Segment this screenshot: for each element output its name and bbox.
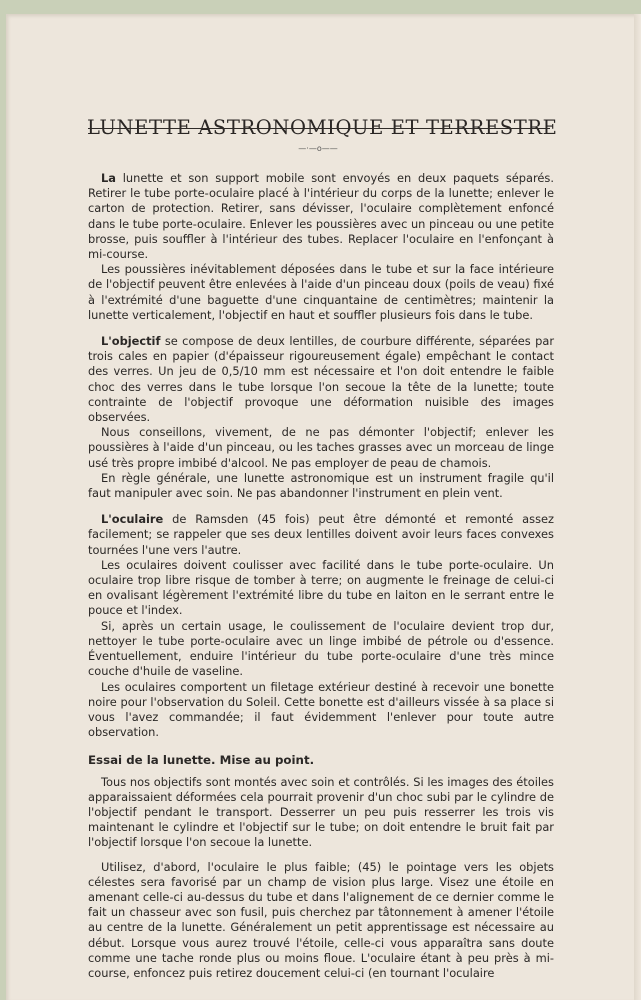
page-edge <box>634 14 641 1000</box>
document-body: La lunette et son support mobile sont en… <box>88 171 554 981</box>
paragraph-text: Les oculaires doivent coulisser avec fac… <box>88 558 554 618</box>
paragraph: En règle générale, une lunette astronomi… <box>88 471 554 501</box>
paragraph: Les oculaires doivent coulisser avec fac… <box>88 558 554 619</box>
paragraph-lead: L'oculaire <box>101 512 163 526</box>
section-heading: Essai de la lunette. Mise au point. <box>88 753 554 768</box>
paragraph: Utilisez, d'abord, l'oculaire le plus fa… <box>88 860 554 982</box>
paragraph-text: Nous conseillons, vivement, de ne pas dé… <box>88 425 554 469</box>
paragraph: Nous conseillons, vivement, de ne pas dé… <box>88 425 554 471</box>
paragraph-text: Les oculaires comportent un filetage ext… <box>88 680 554 740</box>
paragraph: Tous nos objectifs sont montés avec soin… <box>88 775 554 851</box>
paragraph-text: Les poussières inévitablement déposées d… <box>88 262 554 322</box>
paragraph: Les poussières inévitablement déposées d… <box>88 262 554 323</box>
paragraph: L'oculaire de Ramsden (45 fois) peut êtr… <box>88 512 554 558</box>
paragraph: La lunette et son support mobile sont en… <box>88 171 554 262</box>
paragraph-text: En règle générale, une lunette astronomi… <box>88 471 554 500</box>
paragraph-text: Utilisez, d'abord, l'oculaire le plus fa… <box>88 860 554 980</box>
paragraph-lead: L'objectif <box>101 334 160 348</box>
title-underline <box>88 128 550 130</box>
paragraph-text: Si, après un certain usage, le coulissem… <box>88 619 554 679</box>
paragraph: Si, après un certain usage, le coulissem… <box>88 619 554 680</box>
paragraph-text: lunette et son support mobile sont envoy… <box>88 171 554 261</box>
ornament-divider: —·—o—— <box>288 145 348 153</box>
paragraph: L'objectif se compose de deux lentilles,… <box>88 334 554 425</box>
paragraph-text: Tous nos objectifs sont montés avec soin… <box>88 775 554 850</box>
paragraph-lead: La <box>101 171 116 185</box>
paragraph: Les oculaires comportent un filetage ext… <box>88 680 554 741</box>
